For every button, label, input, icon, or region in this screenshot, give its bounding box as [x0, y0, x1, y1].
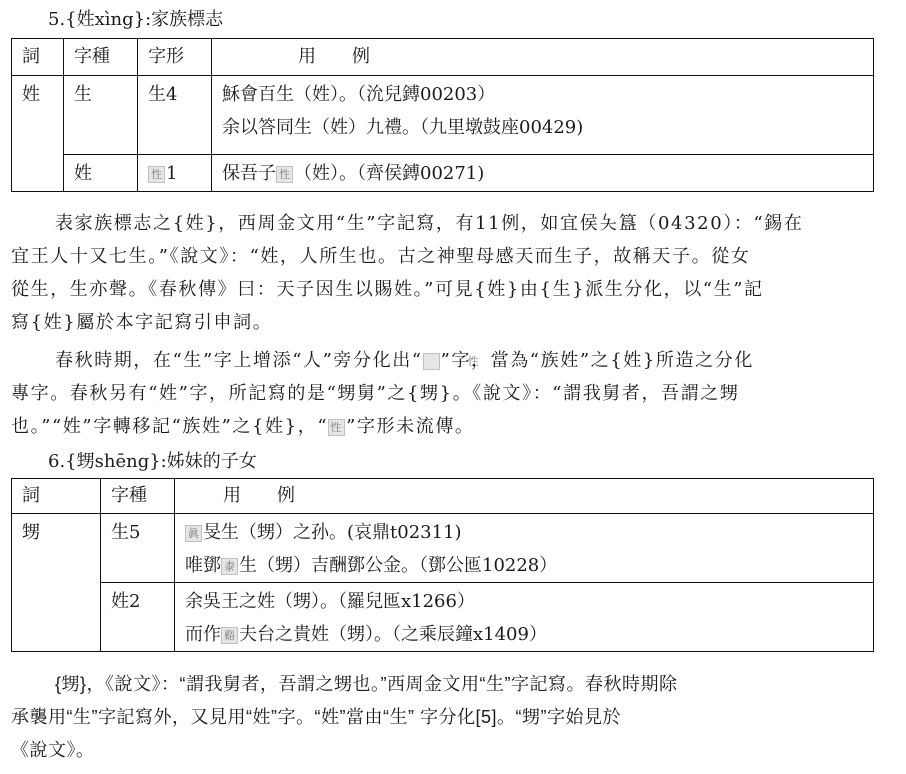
zizhong-text: 姓2: [111, 585, 174, 618]
section-5-heading: 5.{姓xìng}:家族標志: [48, 8, 223, 32]
paragraph-line: 春秋時期，在“生”字上增添“人”旁分化出“性”字，當為“族姓”之{姓}所造之分化: [11, 344, 873, 377]
zixing-count: 1: [166, 163, 177, 184]
zixing-cell: 性1: [138, 155, 212, 192]
example-text: 唯鄧: [185, 555, 221, 576]
word-text: 甥: [22, 516, 100, 549]
rare-glyph-image: 性: [276, 166, 293, 183]
paragraph-line: {甥}，《說文》：“謂我舅者，吾謂之甥也。”西周金文用“生”字記寫。春秋時期除: [11, 668, 873, 701]
examples-cell: 眞旻生（甥）之孙。(哀鼎t02311) 唯鄧桼生（甥）吉酬鄧公金。（鄧公匜102…: [175, 514, 874, 583]
zizhong-cell: 姓: [64, 155, 138, 192]
header-zizhong: 字種: [64, 39, 138, 76]
examples-cell: 余吳王之姓（甥）。（羅兒匜x1266） 而作谿夫台之貴姓（甥）。（之乘辰鐘x14…: [175, 583, 874, 652]
rare-glyph-image: 性: [328, 419, 345, 436]
paragraph-line: 也。”“姓”字轉移記“族姓”之{姓}，“性”字形未流傳。: [11, 410, 873, 443]
paragraph: 表家族標志之{姓}，西周金文用“生”字記寫，有11例，如宜侯夨簋（04320）：…: [11, 207, 873, 339]
example-line: 保吾子性（姓）。（齊侯鎛00271): [222, 157, 873, 190]
table-row: 姓 生 生4 穌會百生（姓）。（沇兒鎛00203） 余以答同生（姓）九禮。（九里…: [12, 76, 874, 155]
examples-cell: 保吾子性（姓）。（齊侯鎛00271): [212, 155, 874, 192]
word-text: 姓: [22, 78, 63, 111]
example-text: （姓）。（齊侯鎛00271): [294, 163, 484, 184]
section-6-heading: 6.{甥shēng}:姊妹的子女: [48, 450, 257, 474]
example-text: 生（甥）吉酬鄧公金。（鄧公匜10228）: [239, 555, 557, 576]
rare-glyph-image: 桼: [221, 558, 238, 575]
example-text: 旻生（甥）之孙。(哀鼎t02311): [203, 522, 462, 543]
paragraph: {甥}，《說文》：“謂我舅者，吾謂之甥也。”西周金文用“生”字記寫。春秋時期除 …: [11, 668, 873, 767]
examples-cell: 穌會百生（姓）。（沇兒鎛00203） 余以答同生（姓）九禮。（九里墩鼓座0042…: [212, 76, 874, 155]
paragraph-line: 專字。春秋另有“姓”字，所記寫的是“甥舅”之{甥}。《說文》：“謂我舅者，吾謂之…: [11, 377, 873, 410]
word-cell: 甥: [12, 514, 101, 652]
zizhong-cell: 生5: [101, 514, 175, 583]
rare-glyph-image: 性: [148, 166, 165, 183]
paragraph-line: 宜王人十又七生。”《說文》：“姓，人所生也。古之神聖母感天而生子，故稱天子。從女: [11, 240, 873, 273]
paragraph-line: 表家族標志之{姓}，西周金文用“生”字記寫，有11例，如宜侯夨簋（04320）：…: [11, 207, 873, 240]
example-line: 而作谿夫台之貴姓（甥）。（之乘辰鐘x1409）: [185, 618, 873, 651]
zizhong-cell: 生: [64, 76, 138, 155]
table-header-row: 詞 字種 字形 用 例: [12, 39, 874, 76]
zizhong-text: 姓: [74, 157, 137, 190]
zizhong-cell: 姓2: [101, 583, 175, 652]
example-line: 眞旻生（甥）之孙。(哀鼎t02311): [185, 516, 873, 549]
rare-glyph-image: 谿: [221, 627, 238, 644]
paragraph: 春秋時期，在“生”字上增添“人”旁分化出“性”字，當為“族姓”之{姓}所造之分化…: [11, 344, 873, 443]
example-line: 唯鄧桼生（甥）吉酬鄧公金。（鄧公匜10228）: [185, 549, 873, 582]
paragraph-text: 也。”“姓”字轉移記“族姓”之{姓}，“: [11, 416, 328, 437]
header-zizhong: 字種: [101, 479, 175, 514]
rare-glyph-image: 性: [423, 353, 440, 370]
rare-glyph-image: 眞: [185, 525, 202, 542]
header-word: 詞: [12, 479, 101, 514]
paragraph-line: 《說文》。: [11, 734, 873, 767]
word-cell: 姓: [12, 76, 64, 192]
paragraph-text: ”字，當為“族姓”之{姓}所造之分化: [441, 350, 754, 371]
example-line: 余以答同生（姓）九禮。（九里墩鼓座00429): [222, 111, 873, 144]
example-text: 保吾子: [222, 163, 276, 184]
example-text: 而作: [185, 624, 221, 645]
header-examples: 用 例: [175, 479, 874, 514]
example-text: 夫台之貴姓（甥）。（之乘辰鐘x1409）: [239, 624, 547, 645]
section-6-table: 詞 字種 用 例 甥 生5 眞旻生（甥）之孙。(哀鼎t02311) 唯鄧桼生（甥…: [11, 478, 874, 652]
zixing-cell: 生4: [138, 76, 212, 155]
paragraph-line: 寫{姓}屬於本字記寫引申詞。: [11, 306, 873, 339]
table-row: 甥 生5 眞旻生（甥）之孙。(哀鼎t02311) 唯鄧桼生（甥）吉酬鄧公金。（鄧…: [12, 514, 874, 583]
zixing-text: 生4: [148, 78, 211, 111]
table-row: 姓 性1 保吾子性（姓）。（齊侯鎛00271): [12, 155, 874, 192]
paragraph-text: ”字形未流傳。: [346, 416, 474, 437]
section-5-table: 詞 字種 字形 用 例 姓 生 生4 穌會百生（姓）。（沇兒鎛00203） 余以…: [11, 38, 874, 192]
example-line: 余吳王之姓（甥）。（羅兒匜x1266）: [185, 585, 873, 618]
header-zixing: 字形: [138, 39, 212, 76]
zizhong-text: 生5: [111, 516, 174, 549]
header-examples: 用 例: [212, 39, 874, 76]
paragraph-line: 承襲用“生”字記寫外，又見用“姓”字。“姓”當由“生” 字分化[5]。“甥”字始…: [11, 701, 873, 734]
table-row: 姓2 余吳王之姓（甥）。（羅兒匜x1266） 而作谿夫台之貴姓（甥）。（之乘辰鐘…: [12, 583, 874, 652]
header-word: 詞: [12, 39, 64, 76]
paragraph-line: 從生，生亦聲。《春秋傳》曰：天子因生以賜姓。”可見{姓}由{生}派生分化，以“生…: [11, 273, 873, 306]
table-header-row: 詞 字種 用 例: [12, 479, 874, 514]
zizhong-text: 生: [74, 78, 137, 111]
paragraph-text: 春秋時期，在“生”字上增添“人”旁分化出“: [55, 350, 423, 371]
zixing-text: 性1: [148, 157, 211, 190]
example-line: 穌會百生（姓）。（沇兒鎛00203）: [222, 78, 873, 111]
